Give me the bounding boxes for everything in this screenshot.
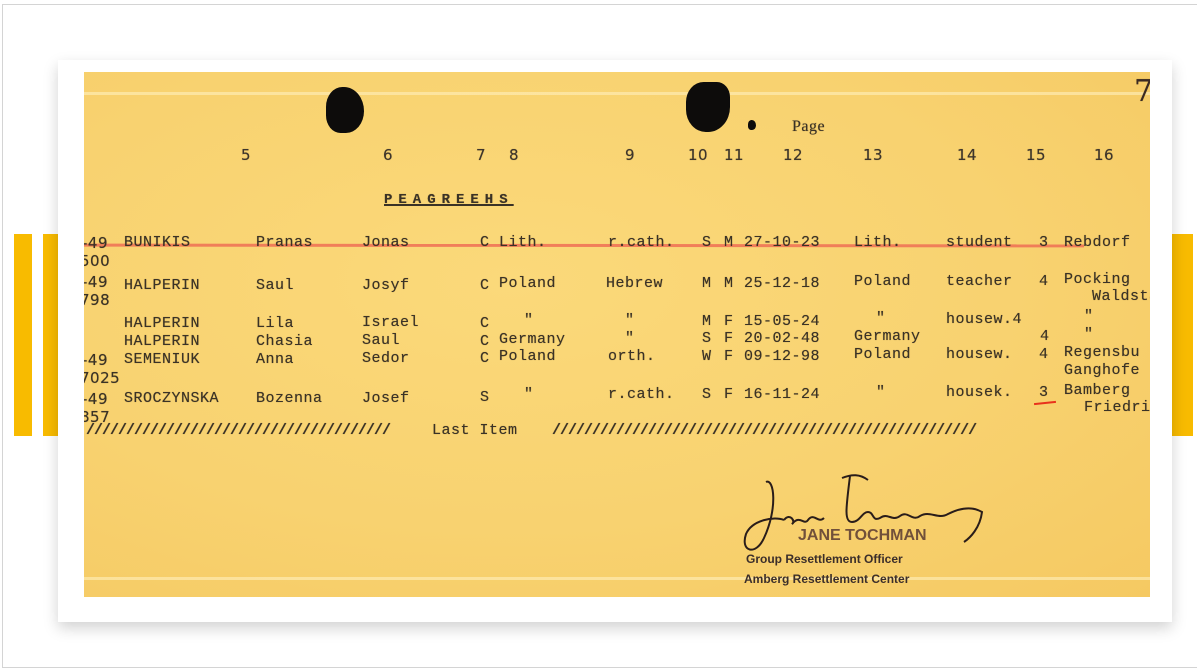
- col15: 4: [1039, 346, 1049, 363]
- destination: ": [1084, 308, 1094, 325]
- column-number: 14: [957, 146, 977, 164]
- punch-hole: [686, 82, 730, 132]
- column-number: 10: [688, 146, 708, 164]
- signatory-center: Amberg Resettlement Center: [744, 572, 909, 586]
- sex: M: [724, 275, 734, 292]
- sex: M: [724, 234, 734, 251]
- column-number: 6: [383, 146, 393, 164]
- father-name: Josyf: [362, 277, 410, 294]
- column-number: 11: [724, 146, 744, 164]
- surname: HALPERIN: [124, 277, 200, 294]
- father-name: Saul: [362, 332, 400, 349]
- religion: Hebrew: [606, 275, 663, 292]
- punch-hole: [326, 87, 364, 133]
- destination-line-2: Waldstadt: [1092, 288, 1150, 305]
- ledger-number: -49: [84, 351, 108, 369]
- column-number: 13: [863, 146, 883, 164]
- marital-status: S: [702, 330, 712, 347]
- page-label: Page: [792, 118, 825, 136]
- col7: C: [480, 350, 490, 367]
- surname: SROCZYNSKA: [124, 390, 219, 407]
- given-name: Pranas: [256, 234, 313, 251]
- date-of-birth: 27-10-23: [744, 234, 820, 251]
- occupation: housek.: [946, 384, 1013, 401]
- father-name: Josef: [362, 390, 410, 407]
- nationality: Poland: [499, 348, 556, 365]
- hatch-line-left: //////////////////////////////////////: [86, 422, 390, 439]
- date-of-birth: 15-05-24: [744, 313, 820, 330]
- column-number: 7: [476, 146, 486, 164]
- column-number: 16: [1094, 146, 1114, 164]
- sex: F: [724, 348, 734, 365]
- surname: SEMENIUK: [124, 351, 200, 368]
- religion: orth.: [608, 348, 656, 365]
- destination-line-2: Friedric: [1084, 399, 1150, 416]
- col15: 4: [1040, 328, 1050, 345]
- ledger-number-2: 798: [84, 291, 110, 309]
- ledger-number: -49: [84, 390, 108, 408]
- father-name: Sedor: [362, 350, 410, 367]
- birthplace: Lith.: [854, 234, 902, 251]
- destination: Rebdorf: [1064, 234, 1131, 251]
- accent-bar-left-outer: [14, 234, 32, 436]
- column-number: 8: [509, 146, 519, 164]
- father-name: Israel: [362, 314, 419, 331]
- column-number: 5: [241, 146, 251, 164]
- nationality: Lith.: [499, 234, 547, 251]
- date-of-birth: 25-12-18: [744, 275, 820, 292]
- col15: 3: [1039, 384, 1049, 401]
- birthplace: ": [876, 384, 886, 401]
- col7: C: [480, 315, 490, 332]
- column-number: 15: [1026, 146, 1046, 164]
- ledger-number-2: 500: [84, 252, 110, 270]
- given-name: Anna: [256, 351, 294, 368]
- birthplace: Germany: [854, 328, 921, 345]
- col15: 3: [1039, 234, 1049, 251]
- col7: S: [480, 389, 490, 406]
- col7: C: [480, 333, 490, 350]
- signature-scribble: [734, 468, 994, 564]
- given-name: Lila: [256, 315, 294, 332]
- accent-bar-left-inner: [43, 234, 59, 436]
- strike-through-line: [84, 244, 1084, 248]
- document-photo: Page 7 5 6 7 8 9 10 11 12 13 14 15 16 PE…: [84, 72, 1150, 597]
- religion: r.cath.: [608, 386, 675, 403]
- occupation: housew.4: [946, 311, 1022, 328]
- marital-status: S: [702, 234, 712, 251]
- ledger-number: -49: [84, 234, 108, 252]
- date-of-birth: 20-02-48: [744, 330, 820, 347]
- sex: F: [724, 386, 734, 403]
- destination: Regensbu: [1064, 344, 1140, 361]
- religion: ": [625, 330, 635, 347]
- page-number-handwritten: 7: [1134, 74, 1150, 109]
- birthplace: Poland: [854, 273, 911, 290]
- sex: F: [724, 330, 734, 347]
- col15: 4: [1039, 273, 1049, 290]
- religion: ": [625, 312, 635, 329]
- given-name: Bozenna: [256, 390, 323, 407]
- col7: C: [480, 234, 490, 251]
- destination: ": [1084, 326, 1094, 343]
- nationality: Germany: [499, 331, 566, 348]
- column-number: 9: [625, 146, 635, 164]
- col7: C: [480, 277, 490, 294]
- nationality: Poland: [499, 275, 556, 292]
- date-of-birth: 09-12-98: [744, 348, 820, 365]
- marital-status: M: [702, 275, 712, 292]
- birthplace: Poland: [854, 346, 911, 363]
- last-item-label: Last Item: [432, 422, 518, 439]
- signatory-title: Group Resettlement Officer: [746, 552, 903, 566]
- marital-status: M: [702, 313, 712, 330]
- occupation: student: [946, 234, 1013, 251]
- nationality: ": [524, 386, 534, 403]
- birthplace: ": [876, 310, 886, 327]
- father-name: Jonas: [362, 234, 410, 251]
- surname: BUNIKIS: [124, 234, 191, 251]
- occupation: teacher: [946, 273, 1013, 290]
- date-of-birth: 16-11-24: [744, 386, 820, 403]
- given-name: Chasia: [256, 333, 313, 350]
- red-underline-mark: [1034, 401, 1056, 405]
- scan-artifact: [84, 577, 1150, 580]
- religion: r.cath.: [608, 234, 675, 251]
- surname: HALPERIN: [124, 333, 200, 350]
- signatory-name: JANE TOCHMAN: [798, 527, 927, 545]
- ledger-number-2: 7025: [84, 369, 120, 387]
- accent-bar-right: [1172, 234, 1193, 436]
- ledger-number: -49: [84, 273, 108, 291]
- column-number: 12: [783, 146, 803, 164]
- nationality: ": [524, 312, 534, 329]
- destination: Bamberg: [1064, 382, 1131, 399]
- destination-line-2: Ganghofe: [1064, 362, 1140, 379]
- marital-status: W: [702, 348, 712, 365]
- scan-artifact: [84, 92, 1150, 95]
- destination: Pocking: [1064, 271, 1131, 288]
- marital-status: S: [702, 386, 712, 403]
- punch-mark: [748, 120, 756, 130]
- hatch-line-right: ////////////////////////////////////////…: [552, 422, 976, 439]
- surname: HALPERIN: [124, 315, 200, 332]
- sex: F: [724, 313, 734, 330]
- occupation: housew.: [946, 346, 1013, 363]
- document-title: PEAGREEHS: [384, 192, 514, 208]
- given-name: Saul: [256, 277, 294, 294]
